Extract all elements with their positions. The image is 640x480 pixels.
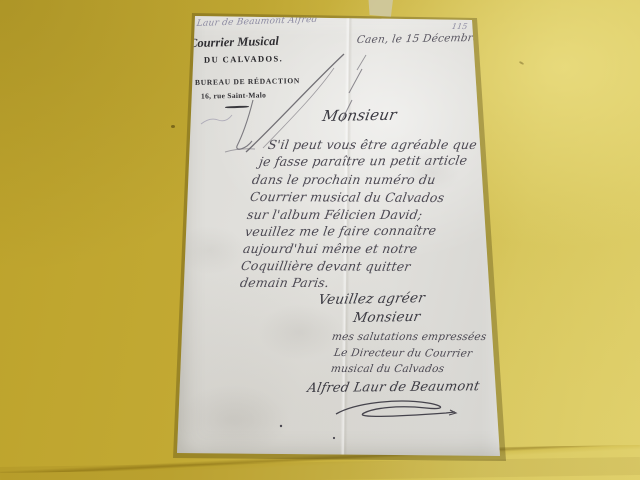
ink-dot (280, 425, 282, 427)
paper-tab-behind (368, 0, 394, 17)
diagonal-flourish-stroke (263, 68, 334, 148)
dust-speck (519, 61, 524, 65)
pencil-squiggle (201, 115, 232, 124)
diagonal-flourish-stroke (246, 54, 344, 152)
slash-mark (357, 55, 366, 70)
signature-flourish (336, 401, 455, 416)
handwritten-flourishes (0, 0, 640, 480)
slash-mark (341, 100, 352, 122)
dust-speck (171, 125, 175, 128)
ink-dot (333, 437, 335, 439)
letter-paper: Laur de Beaumont Alfred Courrier Musical… (0, 0, 640, 480)
photo-background: Laur de Beaumont Alfred Courrier Musical… (0, 0, 640, 480)
slash-mark (349, 69, 362, 93)
pencil-squiggle (225, 149, 255, 152)
pencil-loop (237, 100, 253, 149)
